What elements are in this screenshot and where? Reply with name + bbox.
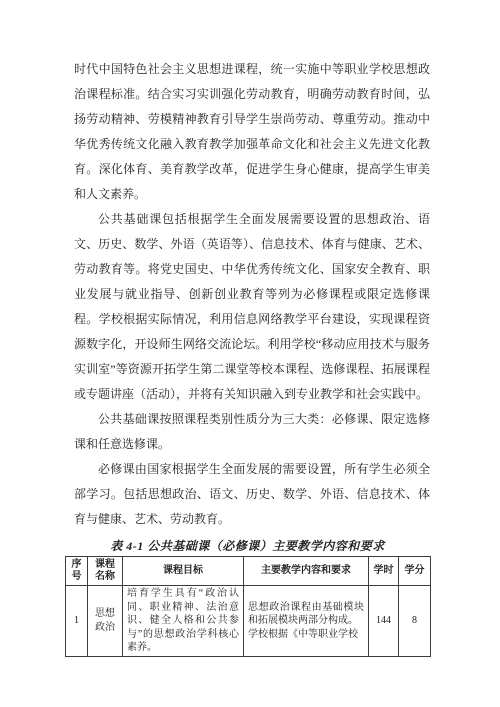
paragraph-2: 公共基础课包括根据学生全面发展需要设置的思想政治、语文、历史、数学、外语（英语等…	[74, 207, 430, 407]
cell-course-name: 思想政治	[88, 586, 123, 657]
table-caption: 表 4-1 公共基础课（必修课）主要教学内容和要求	[65, 537, 430, 554]
cell-credits: 8	[399, 586, 431, 657]
body-text: 时代中国特色社会主义思想进课程，统一实施中等职业学校思想政治课程标准。结合实习实…	[74, 57, 430, 532]
document-page: 时代中国特色社会主义思想进课程，统一实施中等职业学校思想政治课程标准。结合实习实…	[0, 0, 500, 707]
paragraph-1: 时代中国特色社会主义思想进课程，统一实施中等职业学校思想政治课程标准。结合实习实…	[74, 57, 430, 207]
content-line-2: 学校根据《中等职业学校	[248, 628, 364, 642]
cell-course-objective: 培育学生具有“政治认同、职业精神、法治意识、健全人格和公共参与”的思想政治学科核…	[123, 586, 244, 657]
header-seq: 序号	[66, 557, 88, 586]
table-row: 1 思想政治 培育学生具有“政治认同、职业精神、法治意识、健全人格和公共参与”的…	[66, 586, 431, 657]
content-line-1: 思想政治课程由基础模块和拓展模块两部分构成。	[248, 601, 364, 628]
paragraph-3: 公共基础课按照课程类别性质分为三大类：必修课、限定选修课和任意选修课。	[74, 407, 430, 457]
cell-seq: 1	[66, 586, 88, 657]
cell-teaching-content: 思想政治课程由基础模块和拓展模块两部分构成。 学校根据《中等职业学校	[244, 586, 369, 657]
paragraph-4: 必修课由国家根据学生全面发展的需要设置，所有学生必须全部学习。包括思想政治、语文…	[74, 457, 430, 532]
header-course-name: 课程名称	[88, 557, 123, 586]
cell-class-hours: 144	[369, 586, 399, 657]
table-header-row: 序号 课程名称 课程目标 主要教学内容和要求 学时 学分	[66, 557, 431, 586]
header-credits: 学分	[399, 557, 431, 586]
content-table: 序号 课程名称 课程目标 主要教学内容和要求 学时 学分 1 思想政治 培育学生…	[65, 556, 431, 657]
header-teaching-content: 主要教学内容和要求	[244, 557, 369, 586]
header-class-hours: 学时	[369, 557, 399, 586]
header-course-objective: 课程目标	[123, 557, 244, 586]
